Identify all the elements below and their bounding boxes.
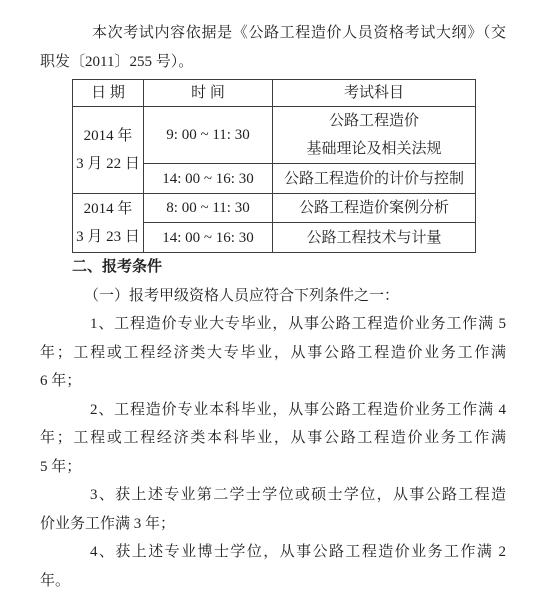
date-cell-mar-22: 2014 年 3 月 22 日 — [73, 107, 144, 194]
requirement-item-2-line-1: 2、工程造价专业本科毕业，从事公路工程造价业务工作满 4 — [40, 396, 506, 425]
exam-schedule-table: 日 期 时 间 考试科目 2014 年 3 月 22 日 9: 00 ~ 11:… — [72, 79, 476, 253]
subject-cell-pricing-control: 公路工程造价的计价与控制 — [273, 164, 476, 194]
requirement-item-3-line-1: 3、获上述专业第二学士学位或硕士学位，从事公路工程造 — [40, 481, 506, 510]
requirement-item-1-line-1: 1、工程造价专业大专毕业，从事公路工程造价业务工作满 5 — [40, 310, 506, 339]
requirement-item-2-line-2: 年；工程或工程经济类本科毕业，从事公路工程造价业务工作满 — [40, 424, 506, 453]
document-page: 本次考试内容依据是《公路工程造价人员资格考试大纲》（交 职发〔2011〕255 … — [0, 0, 542, 601]
subject-cell-basic-theory: 公路工程造价 基础理论及相关法规 — [273, 107, 476, 164]
document-body: 本次考试内容依据是《公路工程造价人员资格考试大纲》（交 职发〔2011〕255 … — [0, 0, 542, 595]
time-cell-morning-22: 9: 00 ~ 11: 30 — [144, 107, 273, 164]
column-header-subject: 考试科目 — [273, 80, 476, 107]
date-cell-mar-23: 2014 年 3 月 23 日 — [73, 194, 144, 253]
subject-cell-case-analysis: 公路工程造价案例分析 — [273, 194, 476, 223]
column-header-date: 日 期 — [73, 80, 144, 107]
time-cell-afternoon-22: 14: 00 ~ 16: 30 — [144, 164, 273, 194]
requirement-item-4-line-2: 年。 — [40, 567, 506, 596]
intro-line-1: 本次考试内容依据是《公路工程造价人员资格考试大纲》（交 — [40, 19, 506, 48]
table-header-row: 日 期 时 间 考试科目 — [73, 80, 476, 107]
table-row: 2014 年 3 月 23 日 8: 00 ~ 11: 30 公路工程造价案例分… — [73, 194, 476, 223]
subject-cell-technology-measurement: 公路工程技术与计量 — [273, 223, 476, 253]
requirement-item-1-line-3: 6 年； — [40, 367, 506, 396]
column-header-time: 时 间 — [144, 80, 273, 107]
table-row: 2014 年 3 月 22 日 9: 00 ~ 11: 30 公路工程造价 基础… — [73, 107, 476, 164]
requirement-item-3-line-2: 价业务工作满 3 年； — [40, 510, 506, 539]
time-cell-morning-23: 8: 00 ~ 11: 30 — [144, 194, 273, 223]
intro-line-2: 职发〔2011〕255 号）。 — [40, 48, 506, 77]
requirement-item-2-line-3: 5 年； — [40, 453, 506, 482]
requirement-item-1-line-2: 年；工程或工程经济类大专毕业，从事公路工程造价业务工作满 — [40, 339, 506, 368]
requirement-item-4-line-1: 4、获上述专业博士学位，从事公路工程造价业务工作满 2 — [40, 538, 506, 567]
section-heading-requirements: 二、报考条件 — [40, 253, 506, 282]
clause-heading-grade-a: （一）报考甲级资格人员应符合下列条件之一： — [40, 282, 506, 311]
time-cell-afternoon-23: 14: 00 ~ 16: 30 — [144, 223, 273, 253]
